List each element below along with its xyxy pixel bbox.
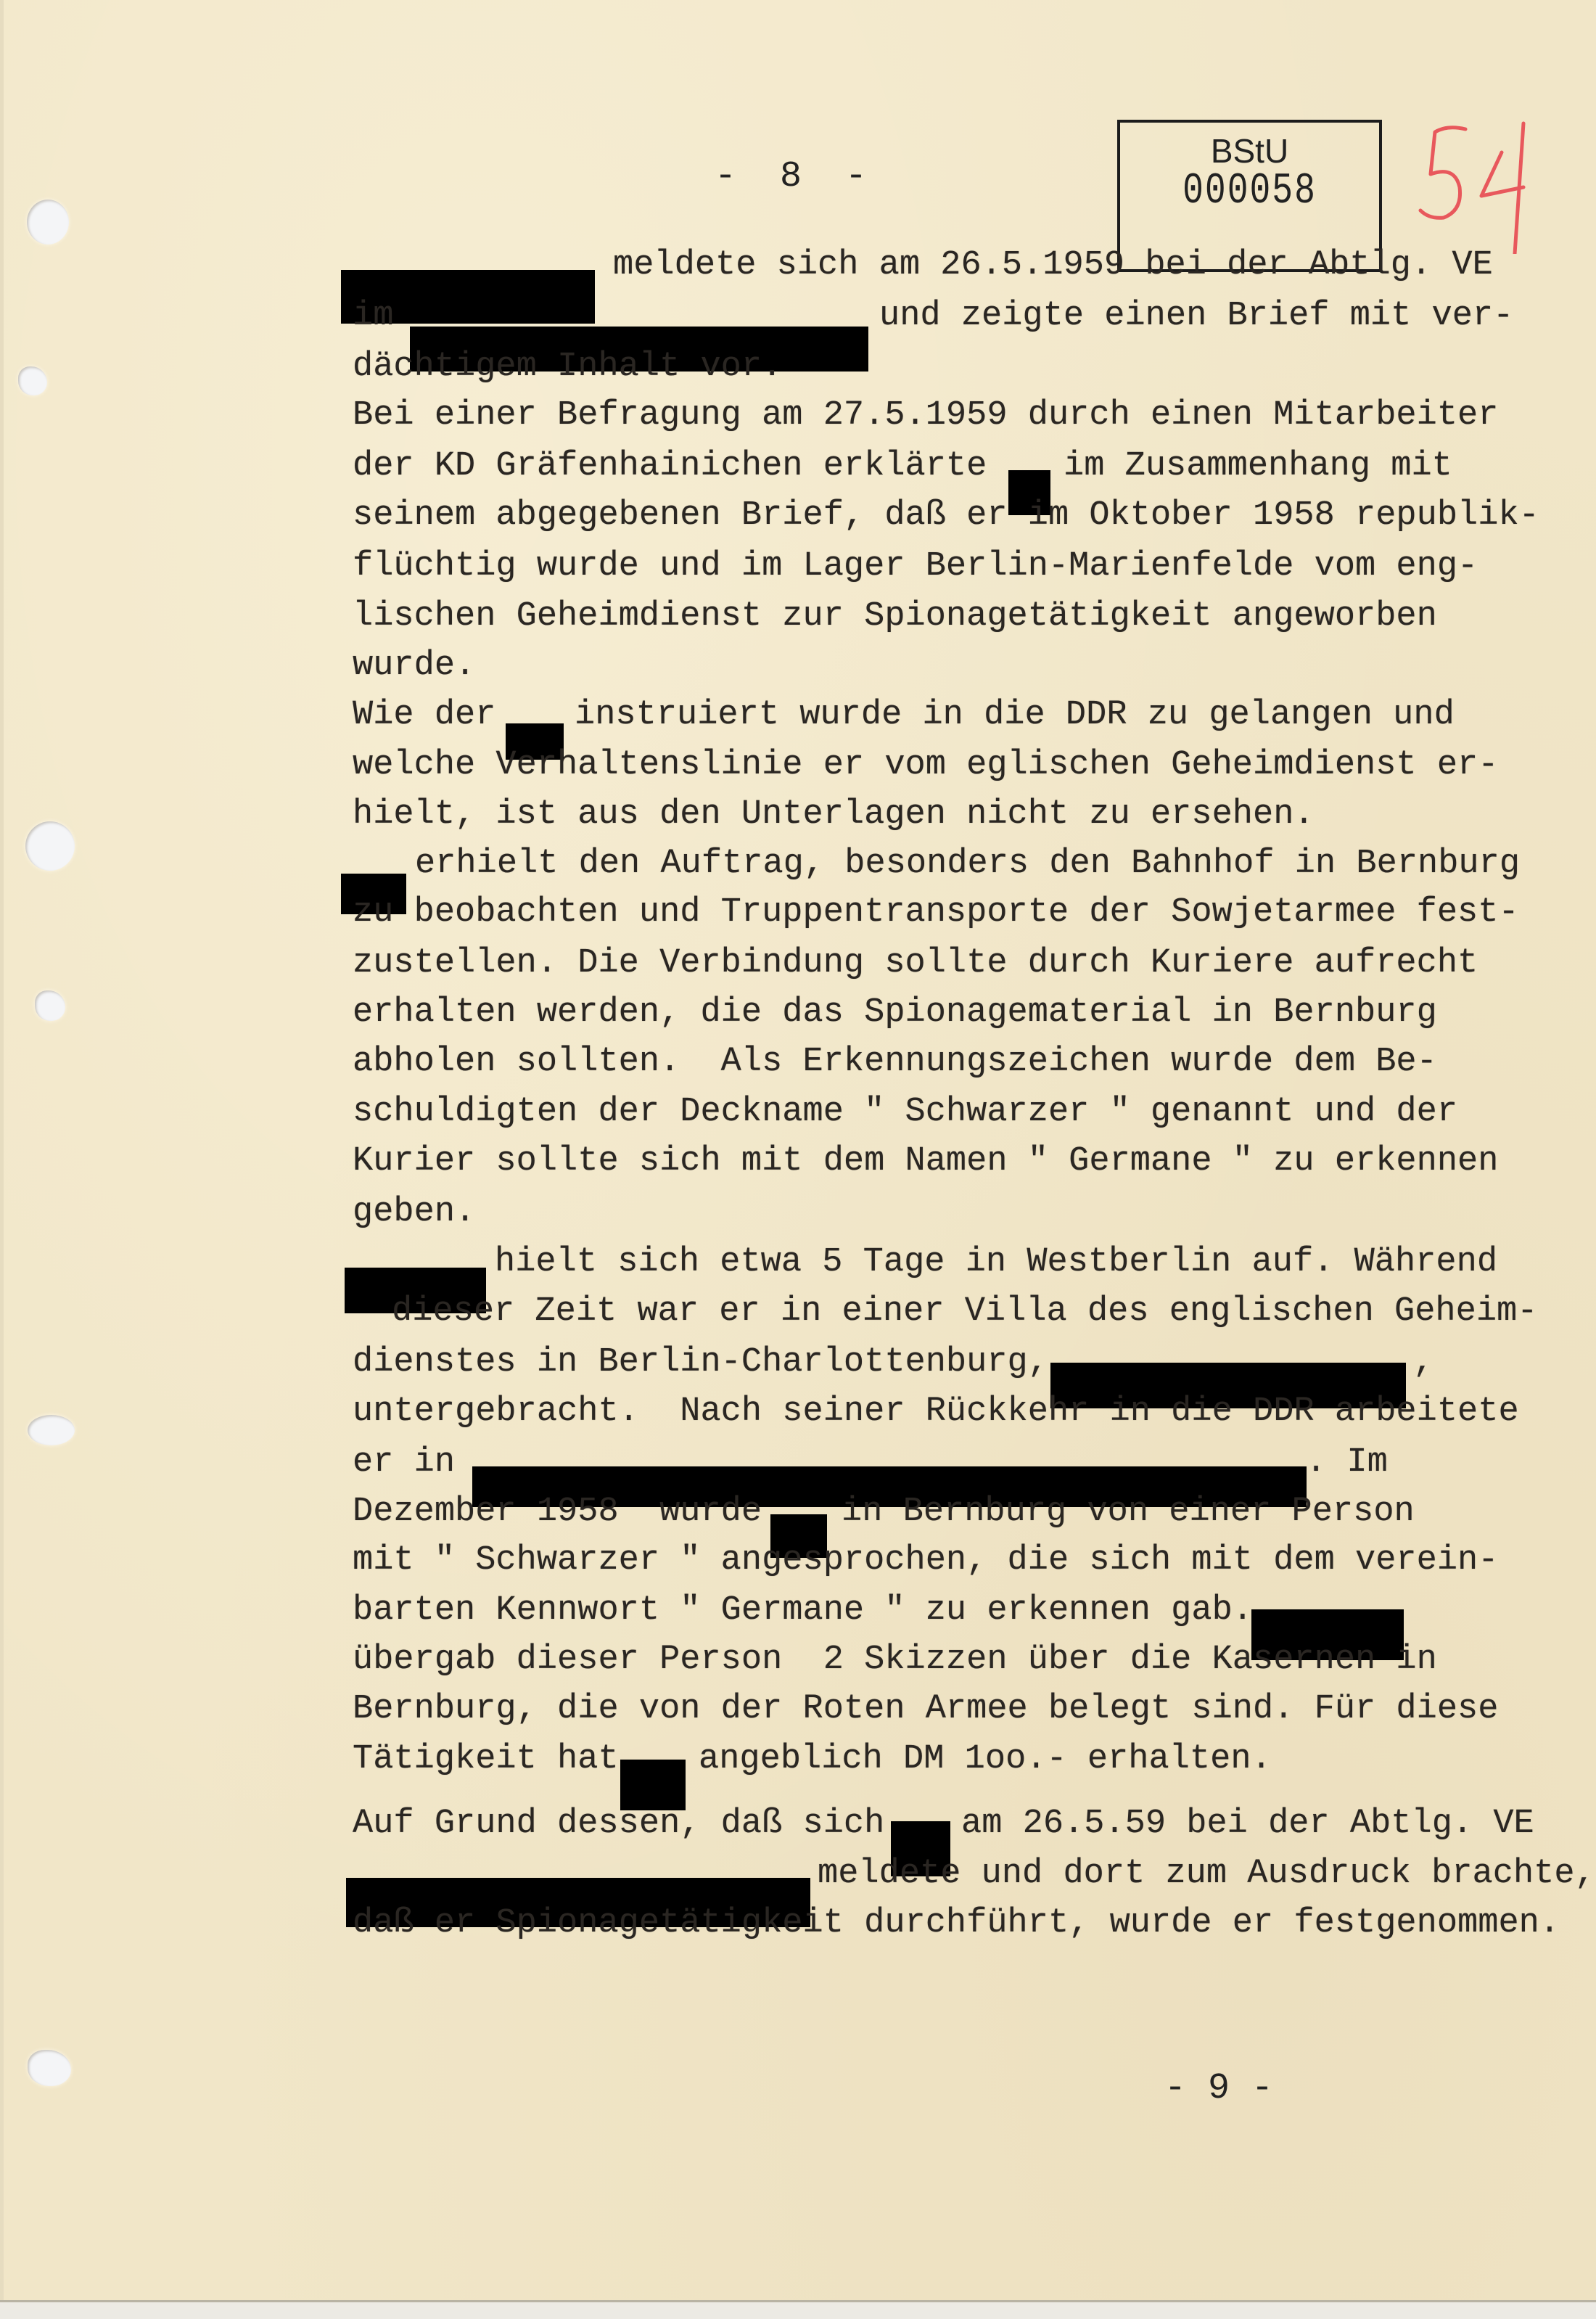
text-line: erhielt den Auftrag, besonders den Bahnh…: [415, 844, 1520, 884]
text-line: seinem abgegebenen Brief, daß er im Okto…: [353, 496, 1539, 536]
text-line: welche Verhaltenslinie er vom eglischen …: [353, 745, 1498, 786]
handwritten-page-number: [1415, 109, 1538, 254]
text-line: und zeigte einen Brief mit ver-: [879, 296, 1513, 337]
text-line: . Im: [1306, 1442, 1388, 1483]
text-line: mit " Schwarzer " angesprochen, die sich…: [353, 1540, 1498, 1581]
text-line: untergebracht. Nach seiner Rückkehr in d…: [353, 1392, 1519, 1432]
text-line: hielt, ist aus den Unterlagen nicht zu e…: [353, 795, 1315, 835]
stamp-number: 000058: [1120, 167, 1379, 216]
text-line: Bei einer Befragung am 27.5.1959 durch e…: [353, 395, 1498, 436]
text-line: instruiert wurde in die DDR zu gelangen …: [575, 695, 1455, 736]
page-edge: [0, 0, 4, 2300]
text-line: Wie der: [353, 695, 495, 736]
punch-hole: [27, 200, 69, 245]
text-line: angeblich DM 1oo.- erhalten.: [699, 1739, 1272, 1780]
text-line: barten Kennwort " Germane " zu erkennen …: [353, 1591, 1253, 1631]
page-number-top: - 8 -: [715, 156, 867, 197]
text-line: am 26.5.59 bei der Abtlg. VE: [961, 1804, 1534, 1844]
text-line: geben.: [353, 1192, 475, 1233]
text-line: ,: [1413, 1342, 1433, 1383]
text-line: flüchtig wurde und im Lager Berlin-Marie…: [353, 546, 1478, 587]
punch-hole: [18, 366, 47, 395]
punch-hole: [25, 821, 75, 871]
page-number-bottom: - 9 -: [1164, 2068, 1273, 2109]
text-line: im Zusammenhang mit: [1064, 446, 1452, 487]
text-line: meldete sich am 26.5.1959 bei der Abtlg.…: [613, 245, 1493, 286]
text-line: hielt sich etwa 5 Tage in Westberlin auf…: [495, 1242, 1497, 1283]
text-line: Dezember 1958 wurde: [353, 1492, 762, 1532]
scan-bottom-edge: [0, 2300, 1596, 2319]
text-line: zu beobachten und Truppentransporte der …: [353, 892, 1519, 933]
text-line: abholen sollten. Als Erkennungszeichen w…: [353, 1042, 1437, 1083]
text-line: wurde.: [353, 646, 475, 686]
text-line: dienstes in Berlin-Charlottenburg,: [353, 1342, 1048, 1383]
stamp-title: BStU: [1120, 131, 1379, 171]
text-line: Kurier sollte sich mit dem Namen " Germa…: [353, 1141, 1498, 1182]
text-line: daß er Spionagetätigkeit durchführt, wur…: [353, 1903, 1560, 1944]
text-line: lischen Geheimdienst zur Spionagetätigke…: [353, 596, 1437, 637]
text-line: zustellen. Die Verbindung sollte durch K…: [353, 943, 1478, 984]
text-line: Tätigkeit hat: [353, 1739, 619, 1780]
text-line: übergab dieser Person 2 Skizzen über die…: [353, 1640, 1437, 1680]
punch-hole: [28, 1415, 75, 1445]
text-line: meldete und dort zum Ausdruck brachte,: [818, 1854, 1595, 1895]
text-line: dieser Zeit war er in einer Villa des en…: [392, 1292, 1537, 1332]
text-line: Bernburg, die von der Roten Armee belegt…: [353, 1689, 1498, 1730]
text-line: er in: [353, 1442, 455, 1483]
text-line: schuldigten der Deckname " Schwarzer " g…: [353, 1092, 1457, 1133]
text-line: dächtigem Inhalt vor.: [353, 347, 782, 387]
text-line: erhalten werden, die das Spionagemateria…: [353, 993, 1437, 1033]
text-line: im: [353, 296, 414, 337]
text-line: der KD Gräfenhainichen erklärte: [353, 446, 987, 487]
text-line: Auf Grund dessen, daß sich: [353, 1804, 884, 1844]
punch-hole: [35, 990, 65, 1021]
text-line: in Bernburg von einer Person: [842, 1492, 1415, 1532]
redaction-block: [620, 1760, 686, 1810]
